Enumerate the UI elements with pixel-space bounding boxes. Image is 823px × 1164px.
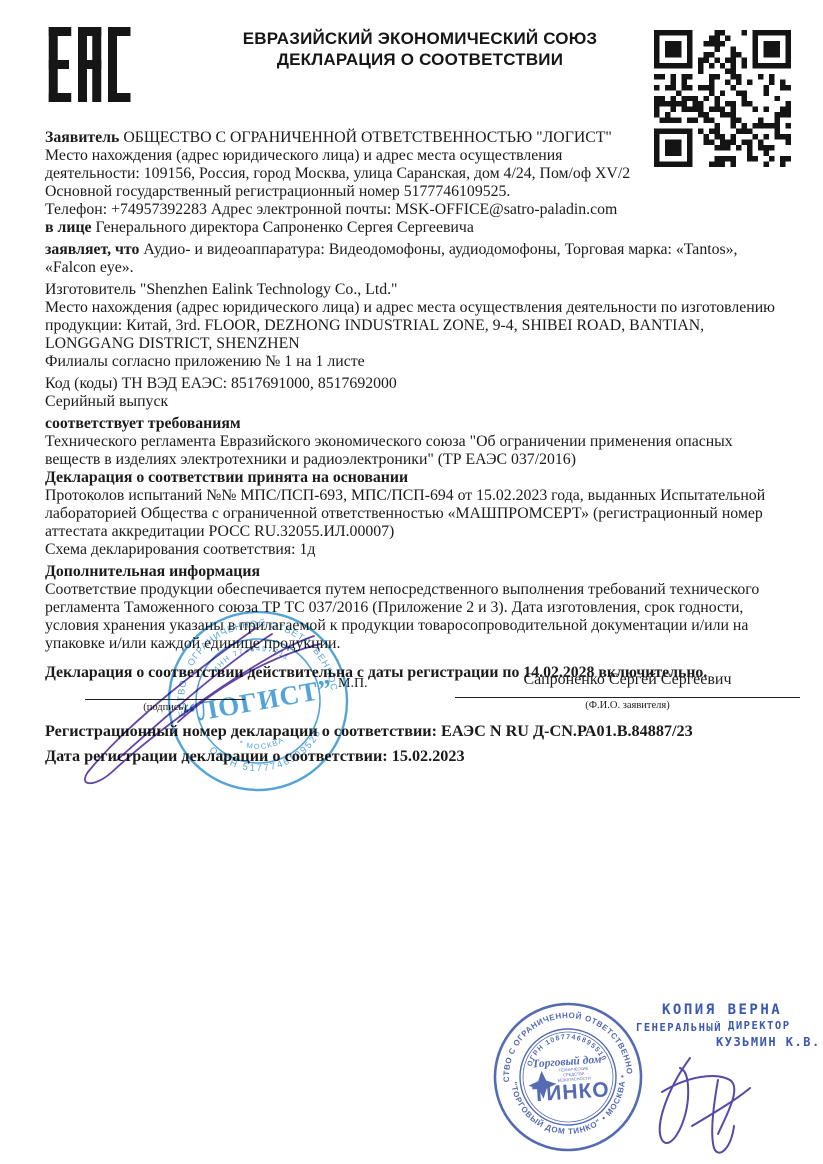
text-line: Филиалы согласно приложению № 1 на 1 лис… xyxy=(45,353,805,371)
text-line-bold: Заявитель xyxy=(45,129,119,146)
text-line: Технического регламента Евразийского эко… xyxy=(45,433,805,451)
text-line-text: Схема декларирования соответствия: 1д xyxy=(45,541,315,558)
text-line: Схема декларирования соответствия: 1д xyxy=(45,541,805,559)
director-signature xyxy=(628,1030,773,1160)
text-line-text: Серийный выпуск xyxy=(45,393,168,410)
title-line-1: ЕВРАЗИЙСКИЙ ЭКОНОМИЧЕСКИЙ СОЮЗ xyxy=(150,28,690,49)
text-line: Место нахождения (адрес юридического лиц… xyxy=(45,299,805,317)
text-line-text: продукции: Китай, 3rd. FLOOR, DEZHONG IN… xyxy=(45,317,704,334)
text-line: Заявитель ОБЩЕСТВО С ОГРАНИЧЕННОЙ ОТВЕТС… xyxy=(45,129,805,147)
text-line-bold: Декларация о соответствии принята на осн… xyxy=(45,469,408,486)
declaration-document-page: ЕВРАЗИЙСКИЙ ЭКОНОМИЧЕСКИЙ СОЮЗ ДЕКЛАРАЦИ… xyxy=(0,0,823,1164)
eac-mark-logo xyxy=(46,27,134,102)
applicant-signature xyxy=(60,600,330,800)
text-line: Серийный выпуск xyxy=(45,393,805,411)
text-line-bold: в лице xyxy=(45,219,92,236)
text-line: Декларация о соответствии принята на осн… xyxy=(45,469,805,487)
text-line: Телефон: +74957392283 Адрес электронной … xyxy=(45,201,805,219)
text-line-text: Генерального директора Сапроненко Сергея… xyxy=(92,219,474,236)
text-line: аттестата аккредитации РОСС RU.32055.ИЛ.… xyxy=(45,523,805,541)
text-line-text: лабораторией Общества с ограниченной отв… xyxy=(45,505,763,522)
text-line-text: Протоколов испытаний №№ МПС/ПСП-693, МПС… xyxy=(45,487,765,504)
text-line: Код (коды) ТН ВЭД ЕАЭС: 8517691000, 8517… xyxy=(45,375,805,393)
text-line-text: Место нахождения (адрес юридического лиц… xyxy=(45,299,775,316)
text-line-text: Технического регламента Евразийского эко… xyxy=(45,433,733,450)
text-line: деятельности: 109156, Россия, город Моск… xyxy=(45,165,805,183)
text-line-text: аттестата аккредитации РОСС RU.32055.ИЛ.… xyxy=(45,523,394,540)
text-line-text: веществ в изделиях электротехники и ради… xyxy=(45,451,576,468)
text-line-bold: соответствует требованиям xyxy=(45,415,241,432)
text-line-bold: Дополнительная информация xyxy=(45,563,260,580)
text-line: Основной государственный регистрационный… xyxy=(45,183,805,201)
text-line: «Falcon eye». xyxy=(45,259,805,277)
copy-verna-line1: КОПИЯ ВЕРНА xyxy=(662,1002,782,1018)
text-line: соответствует требованиям xyxy=(45,415,805,433)
document-title: ЕВРАЗИЙСКИЙ ЭКОНОМИЧЕСКИЙ СОЮЗ ДЕКЛАРАЦИ… xyxy=(150,28,690,70)
tinko-round-stamp: ОБЩЕСТВО С ОГРАНИЧЕННОЙ ОТВЕТСТВЕННОСТЬЮ… xyxy=(485,994,652,1161)
text-line-text: Филиалы согласно приложению № 1 на 1 лис… xyxy=(45,353,365,370)
text-line-text: Место нахождения (адрес юридического лиц… xyxy=(45,147,562,164)
text-line-text: LONGGANG DISTRICT, SHENZHEN xyxy=(45,335,300,352)
text-line-text: Код (коды) ТН ВЭД ЕАЭС: 8517691000, 8517… xyxy=(45,375,397,392)
text-line-text: Аудио- и видеоаппаратура: Видеодомофоны,… xyxy=(139,241,737,258)
text-line: LONGGANG DISTRICT, SHENZHEN xyxy=(45,335,805,353)
text-line: Место нахождения (адрес юридического лиц… xyxy=(45,147,805,165)
fio-caption: (Ф.И.О. заявителя) xyxy=(455,700,800,711)
text-line: веществ в изделиях электротехники и ради… xyxy=(45,451,805,469)
text-line-text: Основной государственный регистрационный… xyxy=(45,183,510,200)
fio-line xyxy=(455,697,800,698)
text-line: Протоколов испытаний №№ МПС/ПСП-693, МПС… xyxy=(45,487,805,505)
text-line: продукции: Китай, 3rd. FLOOR, DEZHONG IN… xyxy=(45,317,805,335)
text-line-text: деятельности: 109156, Россия, город Моск… xyxy=(45,165,630,182)
applicant-fio: Сапроненко Сергей Сергеевич xyxy=(455,671,800,689)
text-line-text: Соответствие продукции обеспечивается пу… xyxy=(45,581,759,598)
tinko-center-logo: ТИНКО xyxy=(532,1078,611,1106)
text-line: Изготовитель "Shenzhen Ealink Technology… xyxy=(45,281,805,299)
text-line: заявляет, что Аудио- и видеоаппаратура: … xyxy=(45,241,805,259)
text-line-text: Телефон: +74957392283 Адрес электронной … xyxy=(45,201,617,218)
title-line-2: ДЕКЛАРАЦИЯ О СООТВЕТСТВИИ xyxy=(150,49,690,70)
text-line: Соответствие продукции обеспечивается пу… xyxy=(45,581,805,599)
text-line: в лице Генерального директора Сапроненко… xyxy=(45,219,805,237)
text-line: лабораторией Общества с ограниченной отв… xyxy=(45,505,805,523)
text-line-text: Изготовитель "Shenzhen Ealink Technology… xyxy=(45,281,398,298)
text-line-text: ОБЩЕСТВО С ОГРАНИЧЕННОЙ ОТВЕТСТВЕННОСТЬЮ… xyxy=(119,129,611,146)
text-line: Дополнительная информация xyxy=(45,563,805,581)
text-line-text: «Falcon eye». xyxy=(45,259,134,276)
text-line-bold: заявляет, что xyxy=(45,241,139,258)
